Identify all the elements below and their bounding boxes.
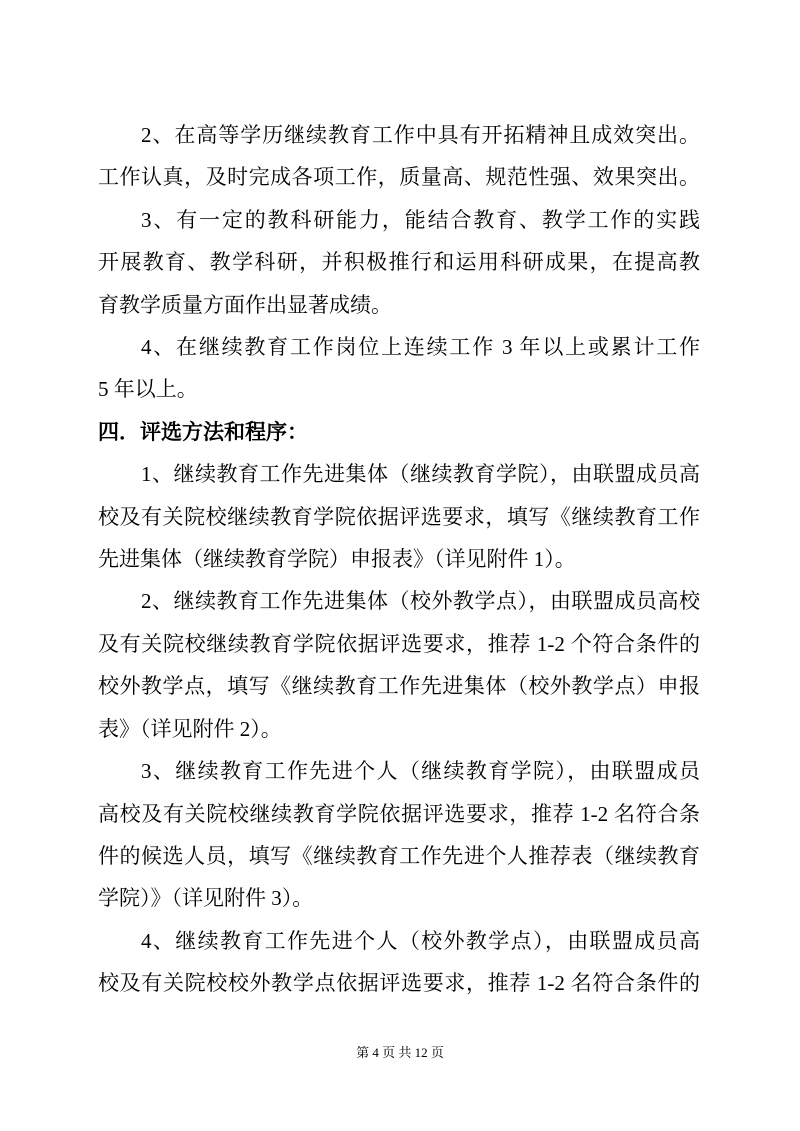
- text-line: 育教学质量方面作出显著成绩。: [98, 284, 700, 326]
- text-line: 工作认真，及时完成各项工作，质量高、规范性强、效果突出。: [98, 156, 700, 198]
- text-line: 学院）》（详见附件 3）。: [98, 877, 700, 919]
- text-line: 4、在继续教育工作岗位上连续工作 3 年以上或累计工作: [98, 326, 700, 368]
- document-page: 2、在高等学历继续教育工作中具有开拓精神且成效突出。工作认真，及时完成各项工作，…: [0, 0, 800, 1131]
- text-line: 1、继续教育工作先进集体（继续教育学院），由联盟成员高: [98, 453, 700, 495]
- page-footer: 第 4 页 共 12 页: [0, 1042, 800, 1061]
- text-line: 2、继续教育工作先进集体（校外教学点），由联盟成员高校: [98, 580, 700, 622]
- text-line: 4、继续教育工作先进个人（校外教学点），由联盟成员高: [98, 920, 700, 962]
- text-line: 开展教育、教学科研，并积极推行和运用科研成果，在提高教: [98, 241, 700, 283]
- text-line: 件的候选人员，填写《继续教育工作先进个人推荐表（继续教育: [98, 835, 700, 877]
- text-line: 先进集体（继续教育学院）申报表》（详见附件 1）。: [98, 538, 700, 580]
- text-line: 3、继续教育工作先进个人（继续教育学院），由联盟成员: [98, 750, 700, 792]
- text-line: 表》（详见附件 2）。: [98, 708, 700, 750]
- text-line: 5 年以上。: [98, 368, 700, 410]
- text-line: 高校及有关院校继续教育学院依据评选要求，推荐 1-2 名符合条: [98, 793, 700, 835]
- text-line: 校及有关院校继续教育学院依据评选要求，填写《继续教育工作: [98, 496, 700, 538]
- text-line: 2、在高等学历继续教育工作中具有开拓精神且成效突出。: [98, 114, 700, 156]
- text-line: 校及有关院校校外教学点依据评选要求，推荐 1-2 名符合条件的: [98, 962, 700, 1004]
- text-line: 及有关院校继续教育学院依据评选要求，推荐 1-2 个符合条件的: [98, 623, 700, 665]
- text-line: 3、有一定的教科研能力，能结合教育、教学工作的实践: [98, 199, 700, 241]
- section-heading: 四．评选方法和程序：: [98, 411, 700, 453]
- document-body: 2、在高等学历继续教育工作中具有开拓精神且成效突出。工作认真，及时完成各项工作，…: [98, 114, 700, 1005]
- page-number-text: 第 4 页 共 12 页: [356, 1045, 444, 1060]
- text-line: 校外教学点，填写《继续教育工作先进集体（校外教学点）申报: [98, 665, 700, 707]
